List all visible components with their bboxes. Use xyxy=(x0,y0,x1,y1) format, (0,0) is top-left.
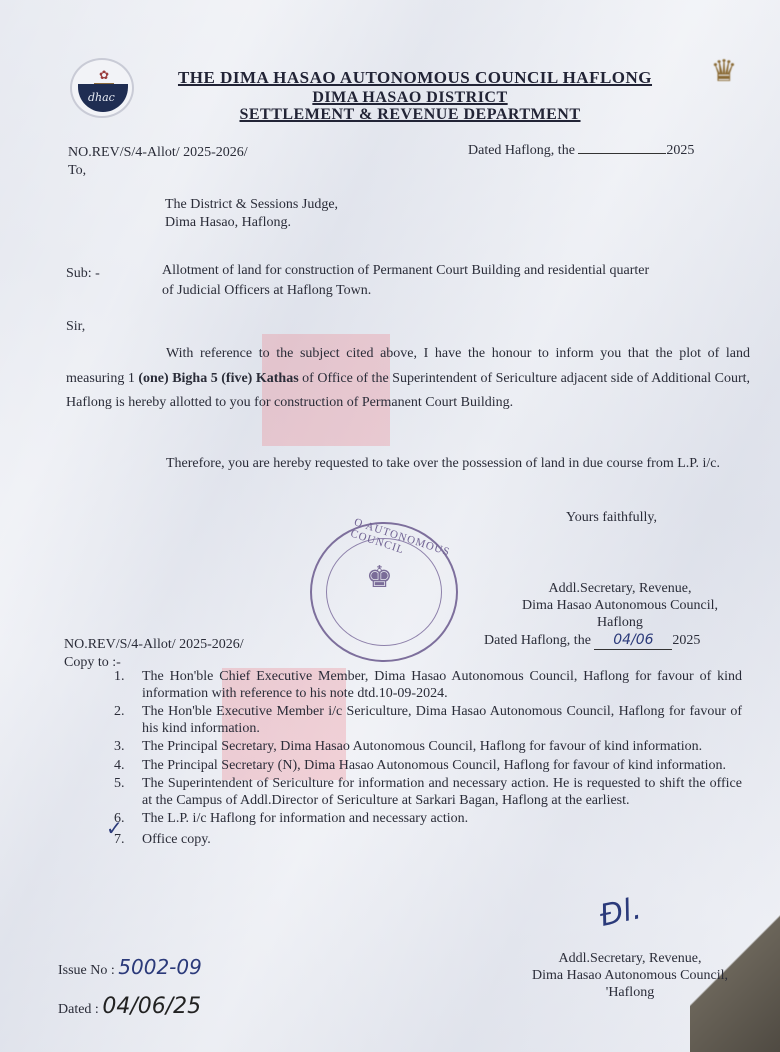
date-year: 2025 xyxy=(666,143,694,158)
official-seal-icon: O AUTONOMOUS COUNCIL ♚ xyxy=(310,522,458,662)
copy-date-line: Dated Haflong, the 04/062025 xyxy=(484,631,700,650)
reference-number: NO.REV/S/4-Allot/ 2025-2026/ xyxy=(68,144,248,162)
copy-signatory-block: Addl.Secretary, Revenue, Dima Hasao Auto… xyxy=(500,950,760,1001)
copy-reference-number: NO.REV/S/4-Allot/ 2025-2026/ xyxy=(64,636,244,654)
issue-date: Dated : 04/06/25 xyxy=(58,998,201,1019)
closing: Yours faithfully, xyxy=(566,509,657,527)
subject-line-1: Allotment of land for construction of Pe… xyxy=(162,262,649,280)
seal-figure: ♚ xyxy=(366,560,393,595)
issue-number: Issue No : 5002-09 xyxy=(58,958,202,980)
recipient-line-1: The District & Sessions Judge, xyxy=(165,196,338,214)
date-label: Dated Haflong, the xyxy=(468,143,575,158)
subject-line-2: of Judicial Officers at Haflong Town. xyxy=(162,282,371,300)
copy-item: 7.Office copy. xyxy=(114,832,742,849)
issue-number-value: 5002-09 xyxy=(118,955,202,979)
copy-to-label: Copy to :- xyxy=(64,654,121,672)
date-line: Dated Haflong, the 2025 xyxy=(468,140,694,160)
issue-date-value: 04/06/25 xyxy=(102,994,201,1019)
copy-item: 5.The Superintendent of Sericulture for … xyxy=(114,776,742,809)
subject-label: Sub: - xyxy=(66,265,100,283)
land-measure: (one) Bigha 5 (five) Kathas xyxy=(138,371,298,386)
salutation: Sir, xyxy=(66,318,85,336)
to-label: To, xyxy=(68,162,86,180)
org-title: THE DIMA HASAO AUTONOMOUS COUNCIL HAFLON… xyxy=(145,68,685,88)
copy-item: 4.The Principal Secretary (N), Dima Hasa… xyxy=(114,758,742,775)
copy-list: 1.The Hon'ble Chief Executive Member, Di… xyxy=(114,669,742,848)
copy-item: 1.The Hon'ble Chief Executive Member, Di… xyxy=(114,669,742,702)
body-paragraph-1: With reference to the subject cited abov… xyxy=(66,342,750,416)
copy-item: 6.The L.P. i/c Haflong for information a… xyxy=(114,811,742,828)
district-title: DIMA HASAO DISTRICT xyxy=(140,89,680,107)
copy-item: 3.The Principal Secretary, Dima Hasao Au… xyxy=(114,739,742,756)
logo-monogram: dhac xyxy=(88,91,115,104)
date-blank xyxy=(578,140,666,154)
signatory-block: Addl.Secretary, Revenue, Dima Hasao Auto… xyxy=(490,580,750,631)
recipient-line-2: Dima Hasao, Haflong. xyxy=(165,214,291,232)
dhac-logo-icon: ✿ dhac xyxy=(70,58,134,118)
tick-mark-icon: ✓ xyxy=(106,816,123,840)
department-title: SETTLEMENT & REVENUE DEPARTMENT xyxy=(140,106,680,124)
body-paragraph-2: Therefore, you are hereby requested to t… xyxy=(66,452,750,477)
copy-date-handwritten: 04/06 xyxy=(594,631,672,650)
ashoka-emblem-icon: ♛ xyxy=(694,50,754,94)
copy-item: 2.The Hon'ble Executive Member i/c Seric… xyxy=(114,704,742,737)
